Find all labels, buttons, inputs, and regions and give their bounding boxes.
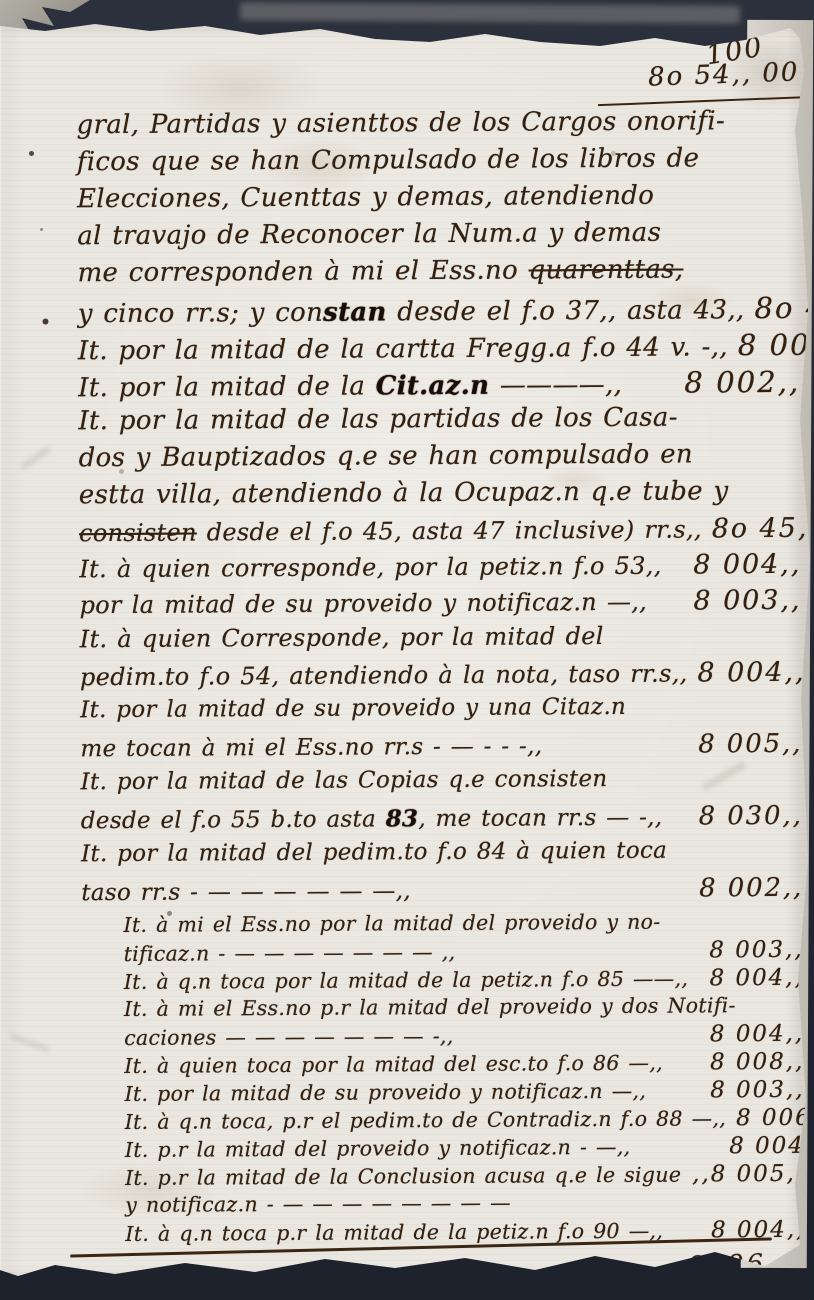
entry-lines: gral, Partidas y asienttos de los Cargos… xyxy=(77,106,806,1249)
manuscript-line: It. p.r la mitad de la Conclusion acusa … xyxy=(83,1161,805,1193)
line-text: caciones — — — — — — — -,, xyxy=(124,1024,453,1050)
amount-value: 8 004,, xyxy=(697,657,805,689)
amount-value: 8 003,, xyxy=(710,1077,804,1104)
line-text: dos y Bauptizados q.e se han compulsado … xyxy=(79,439,693,473)
amount-value: 8 006,, xyxy=(736,1105,814,1132)
manuscript-line: me tocan à mi el Ess.no rr.s - — - - -,,… xyxy=(80,729,802,769)
line-text: It. à quien corresponde, por la petiz.n … xyxy=(79,552,661,584)
amount-value: ,,8 005,, xyxy=(692,1161,805,1188)
manuscript-line: estta villa, atendiendo à la Ocupaz.n q.… xyxy=(79,476,801,517)
carryover-amount: 8o 54,, 00 xyxy=(648,57,800,92)
manuscript-line: caciones — — — — — — — -,,8 004,, xyxy=(82,1021,804,1053)
amount-value: 8 002,, xyxy=(699,873,803,904)
line-text: It. à quien Corresponde, por la mitad de… xyxy=(80,622,604,653)
manuscript-line: Elecciones, Cuenttas y demas, atendiendo xyxy=(77,180,799,221)
line-text: estta villa, atendiendo à la Ocupaz.n q.… xyxy=(79,476,729,510)
line-text: It. à quien toca por la mitad del esc.to… xyxy=(124,1051,663,1078)
manuscript-line: It. à q.n toca por la mitad de la petiz.… xyxy=(82,965,804,997)
manuscript-line: It. por la mitad de las partidas de los … xyxy=(78,402,800,443)
manuscript-line: y cinco rr.s; y constan desde el f.o 37,… xyxy=(78,291,800,332)
manuscript-line: It. à q.n toca p.r la mitad de la petiz.… xyxy=(83,1217,805,1249)
manuscript-line: It. à mi el Ess.no por la mitad del prov… xyxy=(81,909,803,941)
line-text: It. por la mitad de las partidas de los … xyxy=(78,403,678,437)
line-text: y notificaz.n - — — — — — — — — xyxy=(125,1191,511,1217)
manuscript-line: It. por la mitad de su proveido y una Ci… xyxy=(80,693,802,733)
manuscript-line: desde el f.o 55 b.to asta 83, me tocan r… xyxy=(81,801,803,841)
manuscript-line: dos y Bauptizados q.e se han compulsado … xyxy=(79,439,801,480)
line-text: al travajo de Reconocer la Num.a y demas xyxy=(77,218,661,252)
line-text: It. à mi el Ess.no por la mitad del prov… xyxy=(123,910,660,937)
line-text: It. p.r la mitad de la Conclusion acusa … xyxy=(125,1163,681,1190)
line-text: It. por la mitad de la cartta Fregg.a f.… xyxy=(78,332,728,366)
amount-value: 8 005,, xyxy=(698,729,802,760)
line-text: It. por la mitad de su proveido y una Ci… xyxy=(80,694,626,723)
line-text: It. por la mitad de las Copias q.e consi… xyxy=(81,766,608,795)
manuscript-line: It. à q.n toca, p.r el pedim.to de Contr… xyxy=(83,1105,805,1137)
line-text: It. à q.n toca, p.r el pedim.to de Contr… xyxy=(125,1106,727,1134)
amount-value: 8 004 xyxy=(729,1133,805,1159)
manuscript-line: It. à quien corresponde, por la petiz.n … xyxy=(79,549,801,589)
amount-value: 8 003,, xyxy=(693,585,801,617)
line-text: It. por la mitad de la Cit.az.n ————,, xyxy=(78,370,622,403)
line-text: me tocan à mi el Ess.no rr.s - — - - -,, xyxy=(80,733,542,762)
manuscript-line: me corresponden à mi el Ess.no quarentta… xyxy=(77,254,799,295)
line-text: por la mitad de su proveido y notificaz.… xyxy=(79,588,647,619)
amount-value: 8 003,, xyxy=(709,937,803,964)
manuscript-line: It. p.r la mitad del proveido y notifica… xyxy=(83,1133,805,1165)
manuscript-line: It. à quien Corresponde, por la mitad de… xyxy=(80,621,802,661)
manuscript-line: It. por la mitad de la cartta Fregg.a f.… xyxy=(78,328,800,369)
line-text: It. por la mitad del pedim.to f.o 84 à q… xyxy=(81,838,667,868)
manuscript-line: pedim.to f.o 54, atendiendo à la nota, t… xyxy=(80,657,802,697)
amount-value: 8 004,, xyxy=(709,965,803,992)
line-text: ficos que se han Compulsado de los libro… xyxy=(77,143,700,177)
manuscript-line: consisten desde el f.o 45, asta 47 inclu… xyxy=(79,513,801,553)
line-text: consisten desde el f.o 45, asta 47 inclu… xyxy=(79,515,702,547)
manuscript-line: It. por la mitad de su proveido y notifi… xyxy=(82,1077,804,1109)
line-text: me corresponden à mi el Ess.no quarentta… xyxy=(77,255,683,289)
manuscript-line: tificaz.n - — — — — — — — ,,8 003,, xyxy=(82,937,804,969)
line-text: It. p.r la mitad del proveido y notifica… xyxy=(125,1135,631,1162)
manuscript-line: It. à quien toca por la mitad del esc.to… xyxy=(82,1049,804,1081)
line-text: gral, Partidas y asienttos de los Cargos… xyxy=(77,106,726,140)
line-text: desde el f.o 55 b.to asta 83, me tocan r… xyxy=(81,804,663,835)
manuscript-line: por la mitad de su proveido y notificaz.… xyxy=(79,585,801,625)
line-text: pedim.to f.o 54, atendiendo à la nota, t… xyxy=(80,659,688,691)
manuscript-line: ficos que se han Compulsado de los libro… xyxy=(77,143,799,184)
line-text: It. por la mitad de su proveido y notifi… xyxy=(124,1079,646,1106)
line-text: It. à q.n toca por la mitad de la petiz.… xyxy=(124,966,688,993)
amount-value: 8 002,, xyxy=(684,365,800,400)
manuscript-line: It. por la mitad de las Copias q.e consi… xyxy=(81,765,803,805)
show-through-mark xyxy=(10,1033,50,1052)
manuscript-line: gral, Partidas y asienttos de los Cargos… xyxy=(77,106,799,147)
amount-value: 8 003,, xyxy=(738,327,814,362)
amount-value: 8o 45,, xyxy=(712,513,814,545)
amount-value: 8 004,, xyxy=(710,1021,804,1048)
carryover-underline xyxy=(598,96,814,106)
amount-value: 8 008,, xyxy=(710,1049,804,1076)
amount-value: 8o 45,, xyxy=(754,290,814,325)
manuscript-line: It. à mi el Ess.no p.r la mitad del prov… xyxy=(82,993,804,1025)
manuscript-line: al travajo de Reconocer la Num.a y demas xyxy=(77,217,799,258)
torn-fiber-top-edge xyxy=(240,2,740,23)
manuscript-line: It. por la mitad de la Cit.az.n ————,,8 … xyxy=(78,365,800,406)
photographed-manuscript: 100 8o 54,, 00 gral, Partidas y asientto… xyxy=(0,0,814,1300)
line-text: tificaz.n - — — — — — — — ,, xyxy=(124,940,456,966)
manuscript-line: y notificaz.n - — — — — — — — — xyxy=(83,1189,805,1221)
amount-value: 8 004,, xyxy=(693,549,801,581)
amount-value: 8 030,, xyxy=(699,801,803,832)
show-through-mark xyxy=(19,446,51,471)
manuscript-line: It. por la mitad del pedim.to f.o 84 à q… xyxy=(81,837,803,877)
line-text: taso rr.s - — — — — — —,, xyxy=(81,878,411,906)
manuscript-page: 100 8o 54,, 00 gral, Partidas y asientto… xyxy=(0,0,814,1300)
line-text: y cinco rr.s; y constan desde el f.o 37,… xyxy=(78,295,745,329)
manuscript-line: taso rr.s - — — — — — —,,8 002,, xyxy=(81,873,803,913)
line-text: Elecciones, Cuenttas y demas, atendiendo xyxy=(77,181,654,215)
line-text: It. à mi el Ess.no p.r la mitad del prov… xyxy=(124,993,736,1021)
